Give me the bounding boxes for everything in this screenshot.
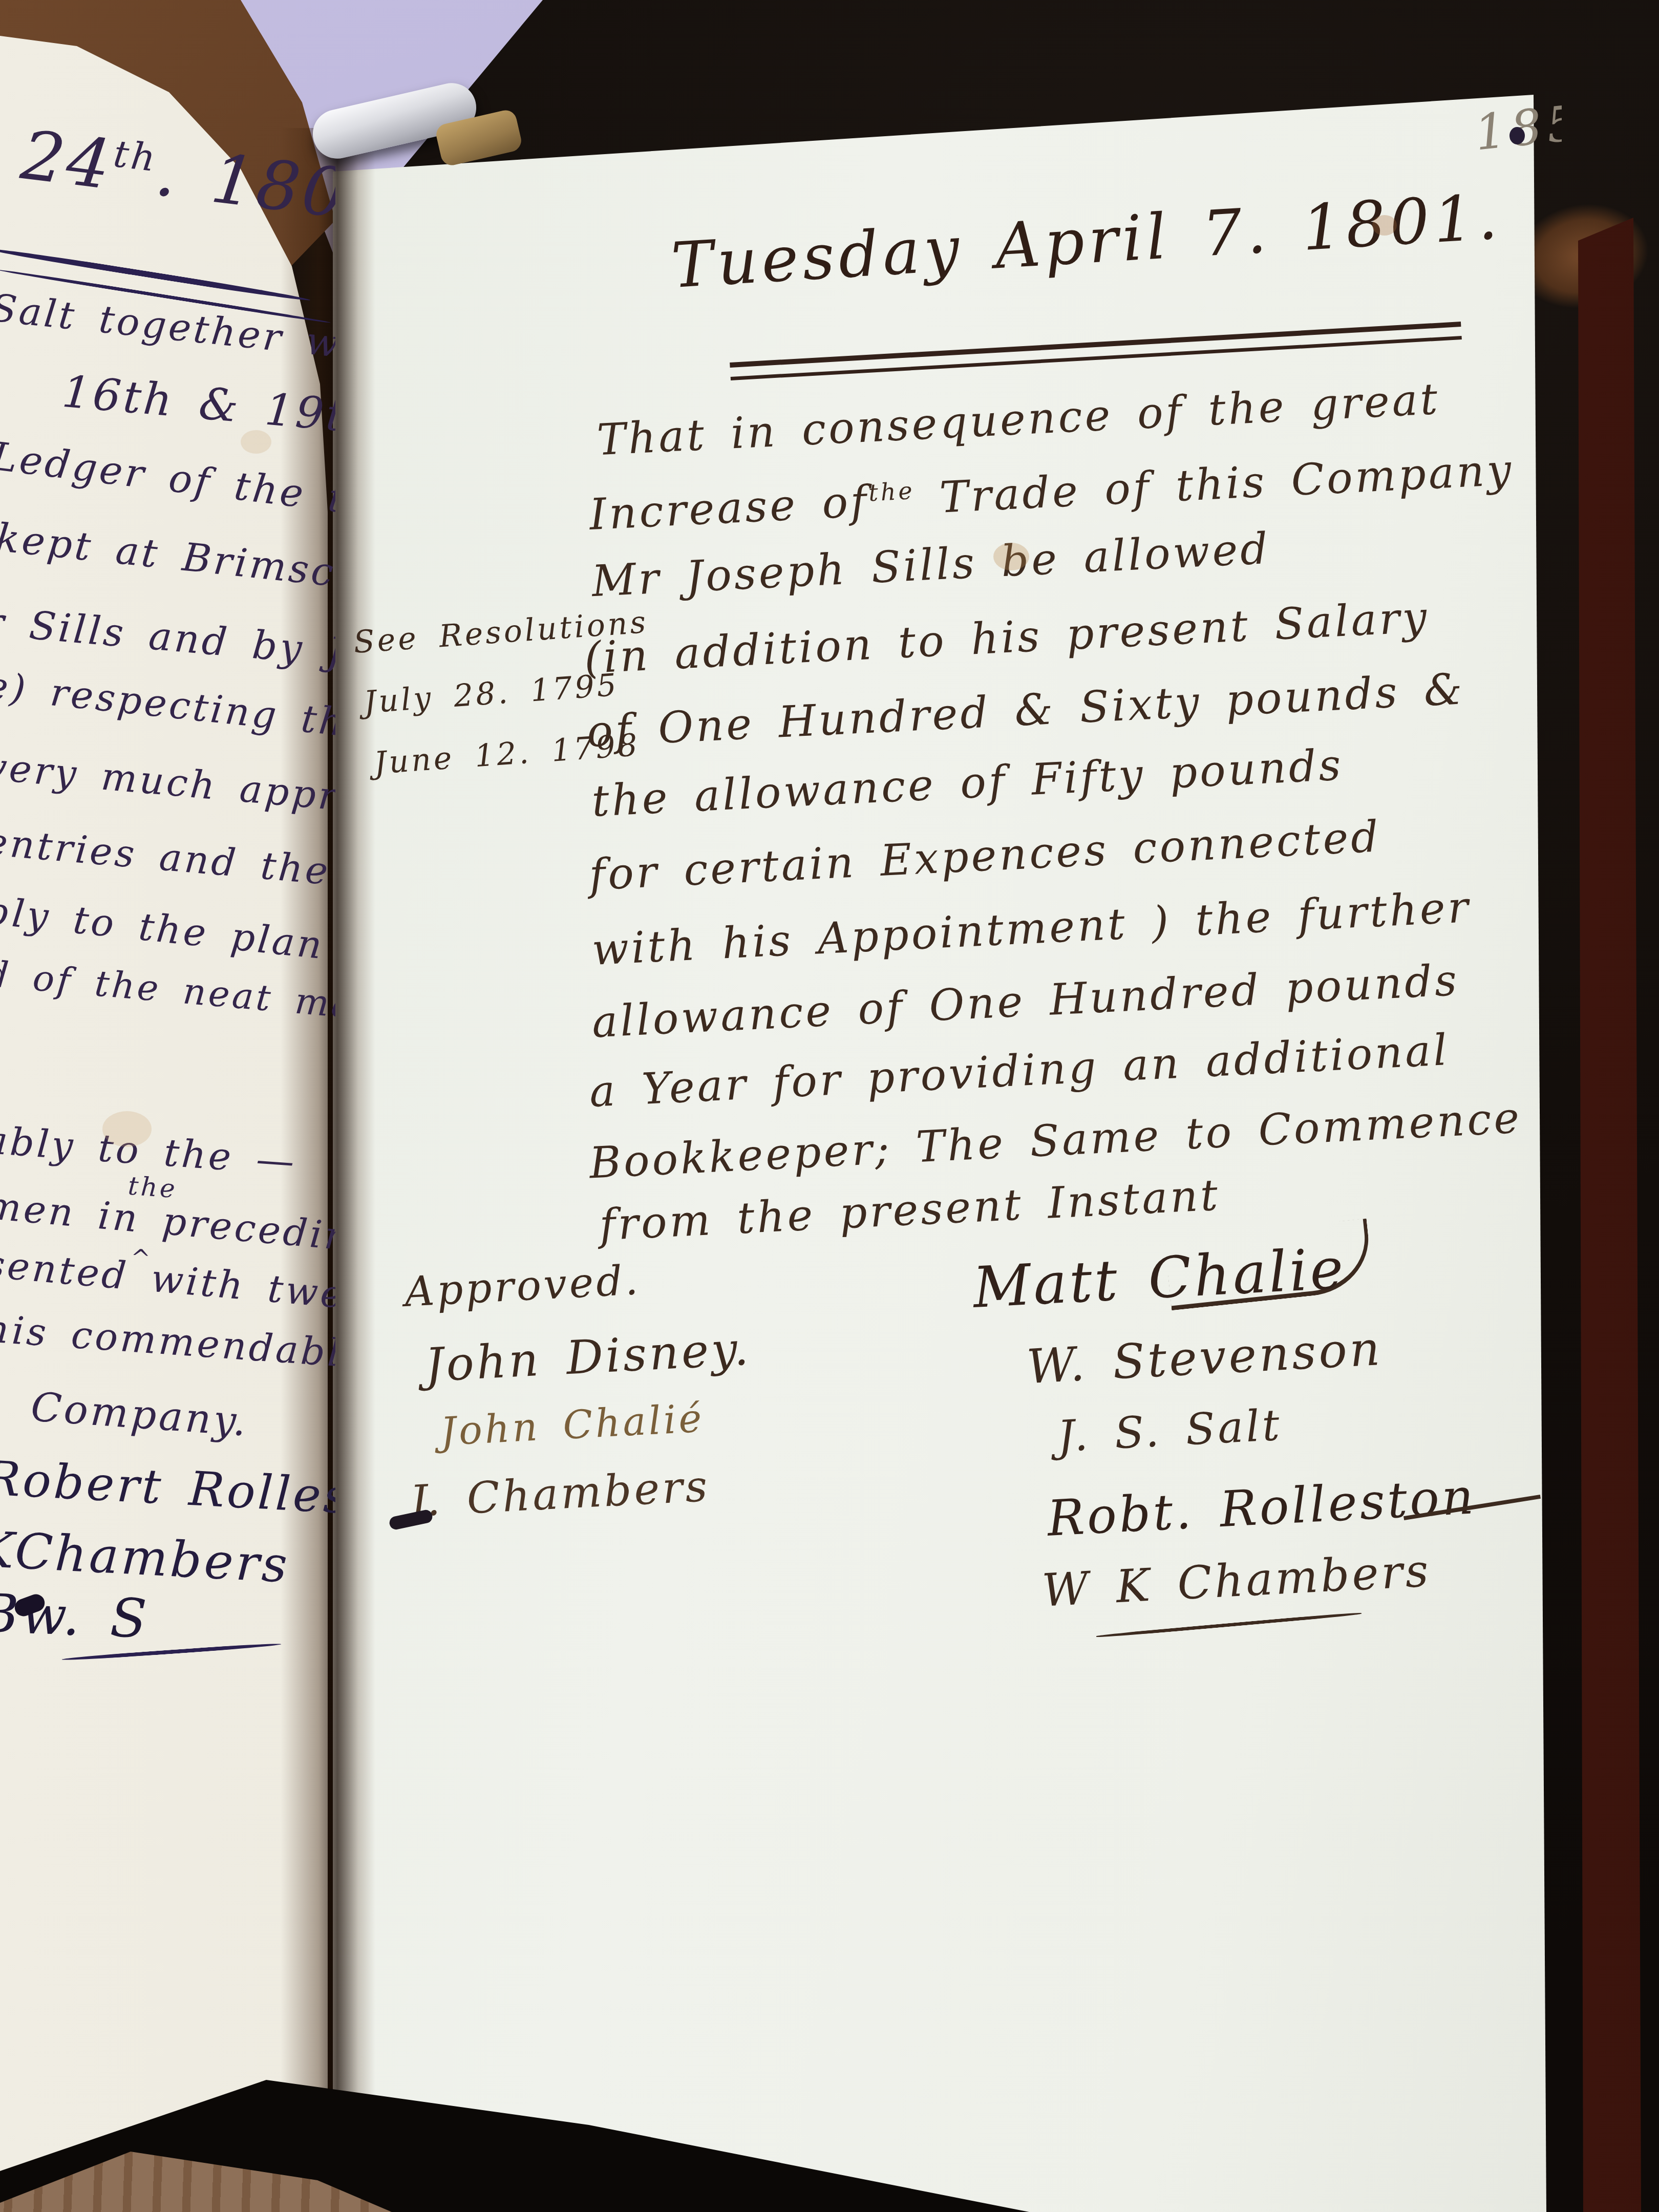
manuscript-photo: 24th. 1801 Salt together with 16th & 19t… (0, 0, 1659, 2212)
signature-underline (1096, 1611, 1362, 1638)
director-signature: W K Chambers (1041, 1544, 1432, 1617)
approval-signature: John Chalié (439, 1395, 705, 1455)
left-line: d of the neat manner (0, 952, 335, 1035)
paper-stain (102, 1111, 152, 1147)
left-line: his commendable (0, 1307, 335, 1377)
entry-date-title: Tuesday April 7. 1801. (669, 180, 1503, 302)
left-line: r Sills and by J. (0, 598, 335, 676)
left-signature: Robert Rolleston (0, 1451, 335, 1529)
director-signature: Matt Chalie (971, 1236, 1347, 1321)
left-line: Salt together with (0, 286, 335, 373)
left-line: very much approve (0, 745, 335, 826)
approved-heading: Approved. (403, 1256, 642, 1316)
body-line-part: Trade of this Company (939, 444, 1515, 523)
left-page-heading: 24th. 1801 (17, 116, 335, 240)
left-line: e) respecting the (0, 664, 335, 748)
heading-year: . 1801 (151, 132, 335, 240)
body-line: the allowance of Fifty pounds (590, 739, 1344, 826)
director-signature: Robt. Rolleston (1046, 1467, 1478, 1547)
left-line: entries and the (0, 820, 332, 894)
heading-day: 24 (17, 116, 117, 205)
left-page-text: 24th. 1801 Salt together with 16th & 19t… (0, 0, 335, 2212)
director-signature: J. S. Salt (1056, 1400, 1283, 1462)
body-line: for certain Expences connected (588, 811, 1382, 900)
ink-blot (1509, 127, 1525, 144)
body-line: (in addition to his present Salary (583, 592, 1431, 684)
director-signature: W. Stevenson (1026, 1321, 1384, 1394)
left-line: kept at Brimscomb. (0, 514, 335, 606)
body-line: That in consequence of the great (596, 374, 1441, 465)
body-line: Mr Joseph Sills be allowed (590, 523, 1271, 607)
title-double-underline (730, 322, 1462, 380)
paper-stain (993, 543, 1029, 570)
paper-stain (1372, 215, 1397, 236)
left-line: Company. (29, 1384, 250, 1445)
approval-signature: John Disney. (424, 1322, 752, 1392)
margin-note-line: July 28. 1795 (363, 667, 620, 721)
right-page-text: 185 Tuesday April 7. 1801. See Resolutio… (333, 0, 1562, 2212)
body-line-part: Increase of (588, 476, 870, 540)
left-line: bly to the plan (0, 888, 326, 968)
approval-signature: J. Chambers (409, 1461, 711, 1527)
interlinear-superscript: the (868, 477, 916, 506)
paper-stain (241, 430, 271, 454)
left-signature: KChambers (0, 1520, 291, 1594)
heading-superscript: th (111, 133, 160, 181)
